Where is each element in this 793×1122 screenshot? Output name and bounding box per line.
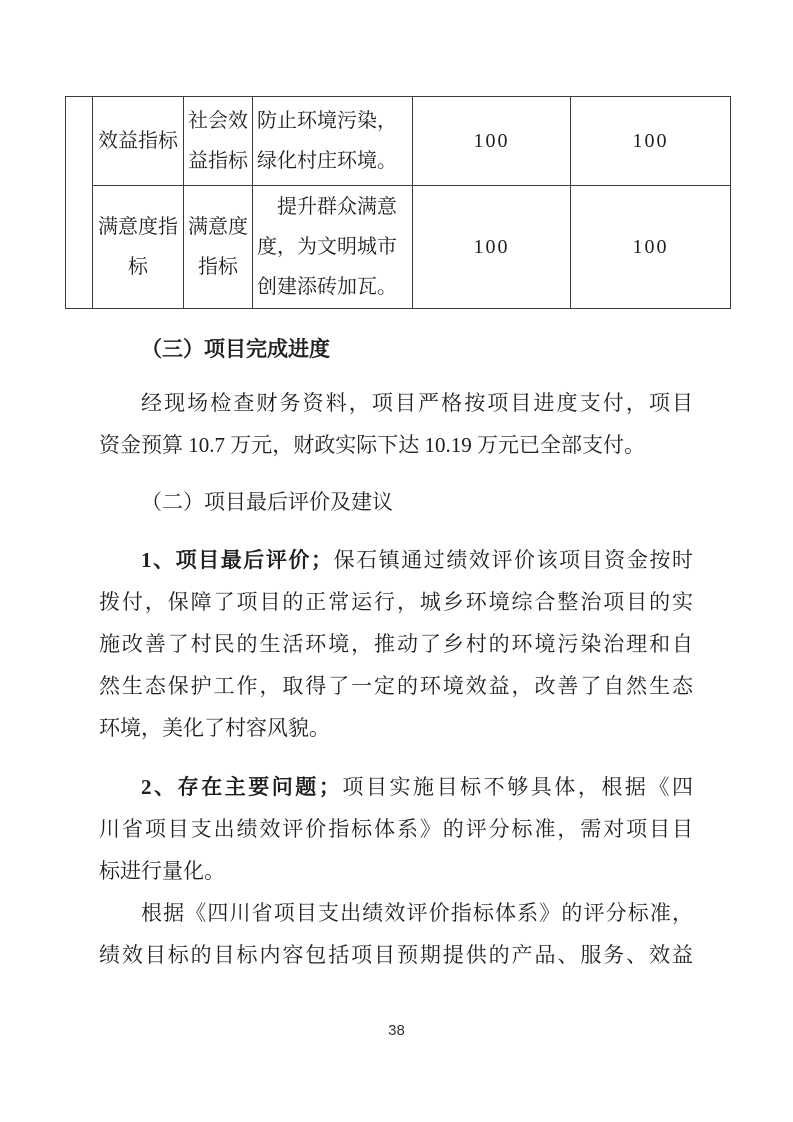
text-line: 资金预算 10.7 万元，财政实际下达 10.19 万元已全部支付。 [99, 424, 693, 466]
paragraph-problems: 2、存在主要问题；项目实施目标不够具体，根据《四 川省项目支出绩效评价指标体系》… [99, 766, 693, 892]
text-line: 拨付，保障了项目的正常运行，城乡环境综合整治项目的实 [99, 581, 693, 623]
document-page: 效益指标 社会效益指标 防止环境污染，绿化村庄环境。 100 100 满意度指标… [0, 0, 793, 1122]
paragraph-basis: 根据《四川省项目支出绩效评价指标体系》的评分标准， 绩效目标的目标内容包括项目预… [99, 892, 693, 976]
paragraph-progress: 经现场检查财务资料，项目严格按项目进度支付，项目 资金预算 10.7 万元，财政… [99, 382, 693, 466]
table-cell-benefit-category: 效益指标 [93, 97, 184, 186]
bold-lead-text: 1、项目最后评价； [141, 548, 332, 572]
text-line: 然生态保护工作，取得了一定的环境效益，改善了自然生态 [99, 665, 693, 707]
table-cell-benefit-subcategory: 社会效益指标 [184, 97, 253, 186]
table-cell-satisfaction-subcategory: 满意度指标 [184, 186, 253, 309]
text-line: 2、存在主要问题；项目实施目标不够具体，根据《四 [99, 766, 693, 808]
text-run: 项目实施目标不够具体，根据《四 [340, 775, 693, 799]
text-line: 绩效目标的目标内容包括项目预期提供的产品、服务、效益 [99, 934, 693, 976]
indicator-table: 效益指标 社会效益指标 防止环境污染，绿化村庄环境。 100 100 满意度指标… [65, 96, 731, 309]
page-number: 38 [0, 1022, 793, 1039]
text-line: 川省项目支出绩效评价指标体系》的评分标准，需对项目目 [99, 808, 693, 850]
text-line: 施改善了村民的生活环境，推动了乡村的环境污染治理和自 [99, 623, 693, 665]
text-run: 保石镇通过绩效评价该项目资金按时 [332, 548, 693, 572]
section-heading-progress: （三）项目完成进度 [99, 335, 693, 363]
table-row-benefit: 效益指标 社会效益指标 防止环境污染，绿化村庄环境。 100 100 [66, 97, 731, 186]
text-line: 环境，美化了村容风貌。 [99, 707, 693, 749]
paragraph-evaluation: 1、项目最后评价；保石镇通过绩效评价该项目资金按时 拨付，保障了项目的正常运行，… [99, 539, 693, 749]
table-cell-benefit-actual-score: 100 [571, 97, 731, 186]
table-cell-benefit-target-score: 100 [413, 97, 571, 186]
table-row-satisfaction: 满意度指标 满意度指标 提升群众满意度，为文明城市创建添砖加瓦。 100 100 [66, 186, 731, 309]
table-cell-satisfaction-category: 满意度指标 [93, 186, 184, 309]
table-cell-spacer [66, 97, 93, 309]
bold-lead-text: 2、存在主要问题； [141, 775, 340, 799]
table-cell-benefit-description: 防止环境污染，绿化村庄环境。 [253, 97, 413, 186]
text-line: 标进行量化。 [99, 850, 693, 892]
table-cell-satisfaction-actual-score: 100 [571, 186, 731, 309]
text-line: 1、项目最后评价；保石镇通过绩效评价该项目资金按时 [99, 539, 693, 581]
section-heading-evaluation: （二）项目最后评价及建议 [99, 488, 693, 516]
text-line: 经现场检查财务资料，项目严格按项目进度支付，项目 [99, 382, 693, 424]
table-cell-satisfaction-target-score: 100 [413, 186, 571, 309]
table-cell-satisfaction-description: 提升群众满意度，为文明城市创建添砖加瓦。 [253, 186, 413, 309]
text-line: 根据《四川省项目支出绩效评价指标体系》的评分标准， [99, 892, 693, 934]
